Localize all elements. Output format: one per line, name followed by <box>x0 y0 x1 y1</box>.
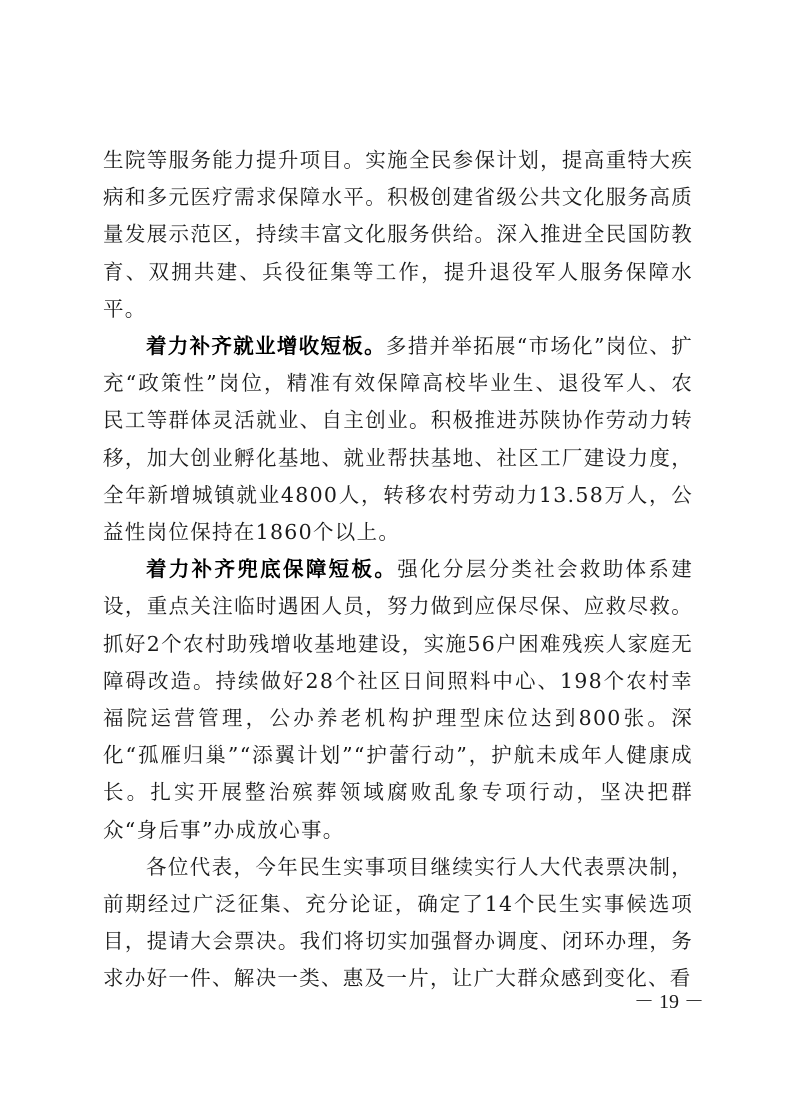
paragraph-text: 多措并举拓展“市场化”岗位、扩充“政策性”岗位，精准有效保障高校毕业生、退役军人… <box>103 334 693 544</box>
paragraph-text: 生院等服务能力提升项目。实施全民参保计划，提高重特大疾病和多元医疗需求保障水平。… <box>103 148 693 321</box>
paragraph-social-security: 着力补齐兜底保障短板。强化分层分类社会救助体系建设，重点关注临时遇困人员，努力做… <box>103 551 693 849</box>
paragraph-employment: 着力补齐就业增收短板。多措并举拓展“市场化”岗位、扩充“政策性”岗位，精准有效保… <box>103 328 693 551</box>
document-body: 生院等服务能力提升项目。实施全民参保计划，提高重特大疾病和多元医疗需求保障水平。… <box>103 142 693 998</box>
paragraph-text: 强化分层分类社会救助体系建设，重点关注临时遇困人员，努力做到应保尽保、应救尽救。… <box>103 557 693 841</box>
paragraph-health-culture: 生院等服务能力提升项目。实施全民参保计划，提高重特大疾病和多元医疗需求保障水平。… <box>103 142 693 328</box>
paragraph-text: 各位代表，今年民生实事项目继续实行人大代表票决制，前期经过广泛征集、充分论证，确… <box>103 855 693 991</box>
paragraph-livelihood-projects: 各位代表，今年民生实事项目继续实行人大代表票决制，前期经过广泛征集、充分论证，确… <box>103 849 693 998</box>
page-number: － 19 － <box>634 985 704 1014</box>
paragraph-heading-employment: 着力补齐就业增收短板。 <box>146 334 386 358</box>
paragraph-heading-social-security: 着力补齐兜底保障短板。 <box>146 557 397 581</box>
